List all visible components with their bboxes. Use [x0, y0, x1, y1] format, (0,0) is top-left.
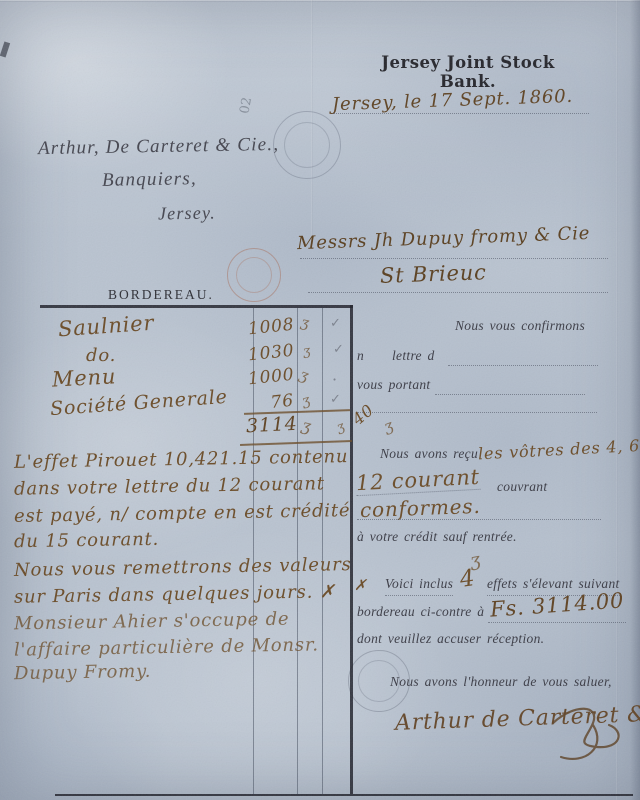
table-row-name: Menu [51, 364, 116, 391]
recipient-city: St Brieuc [380, 260, 487, 288]
form-blank [435, 394, 585, 395]
check-mark: ✓ [330, 316, 341, 331]
sender-name: Arthur, De Carteret & Cie., [38, 134, 280, 160]
table-rule-bottom [55, 794, 633, 796]
note-line: Dupuy Fromy. [14, 661, 151, 684]
scanned-letter: 02 Jersey Joint Stock Bank. Jersey, le 1… [0, 0, 640, 800]
form-portant: vous portant [357, 377, 430, 393]
fold-crease [616, 0, 618, 800]
x-mark: ✗ [354, 576, 367, 594]
note-line: du 15 courant. [14, 529, 159, 553]
form-reception: dont veuillez accuser réception. [357, 631, 544, 647]
page-edge [630, 0, 640, 800]
dateline-rule [333, 113, 589, 114]
table-rule-top [40, 305, 353, 308]
form-credit: à votre crédit sauf rentrée. [357, 529, 517, 545]
table-column-rule [322, 308, 323, 794]
total-amount: 3114 [245, 413, 298, 438]
bank-name: Jersey Joint Stock Bank. [363, 53, 573, 91]
form-blank [448, 365, 598, 366]
form-lettre: lettre d [392, 348, 435, 364]
form-confirm: Nous vous confirmons [455, 318, 585, 334]
signature-flourish [545, 695, 635, 770]
postmark-text: 02 [237, 96, 255, 115]
form-voici: Voici inclus [385, 576, 453, 596]
bordereau-title: BORDEREAU. [100, 287, 222, 303]
form-blank [357, 519, 601, 520]
recipient-rule [308, 292, 608, 293]
form-lettre-n: n [357, 348, 364, 364]
postmark-stamp-red [236, 257, 272, 293]
form-recu: Nous avons reçu [380, 446, 478, 462]
form-blank [488, 622, 626, 623]
sender-title: Banquiers, [102, 168, 197, 192]
form-blank [357, 412, 597, 413]
check-mark: ✓ [333, 342, 344, 357]
form-bordereau-line: bordereau ci-contre à [357, 604, 484, 620]
conformes-handwritten: conformes. [360, 494, 481, 522]
postmark-stamp [284, 122, 330, 168]
check-mark: ✓ [330, 392, 341, 407]
table-rule-right [350, 305, 353, 794]
salutation: Nous avons l'honneur de vous saluer, [390, 674, 612, 690]
fold-crease [0, 0, 640, 2]
table-row-name: do. [86, 345, 116, 366]
recipient-rule [300, 258, 608, 259]
check-mark: · [332, 370, 337, 389]
sender-city: Jersey. [158, 202, 216, 224]
form-couvrant: couvrant [497, 479, 547, 495]
